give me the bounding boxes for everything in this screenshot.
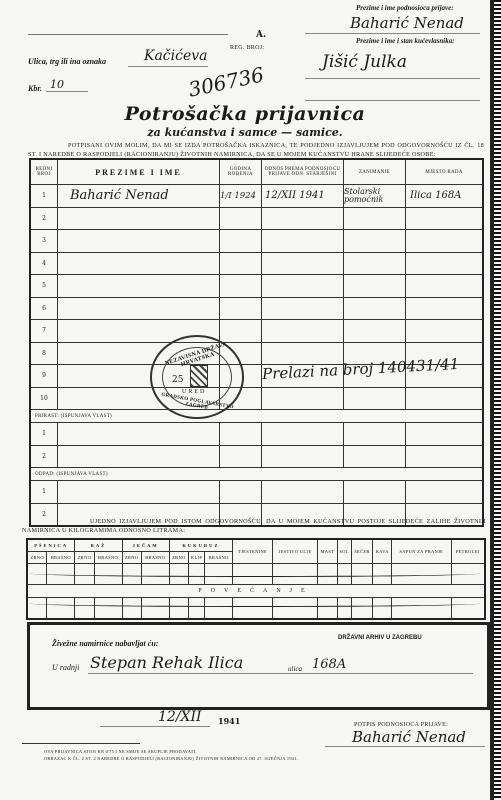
persons-table: Redni broj Prezime i ime Godina rođenja …	[29, 158, 484, 527]
col-header-relation: Odnos prema podnosiocu prijave odn. star…	[262, 159, 344, 185]
applicant-line	[305, 33, 480, 34]
row-no: 1	[30, 185, 58, 208]
person-birth: 1/I 1924	[220, 185, 262, 208]
sub-brasno: Brašno	[205, 552, 233, 564]
house-no-line	[46, 91, 88, 92]
row-no: 10	[30, 387, 58, 410]
street-label: Ulica, trg ili ina oznaka	[28, 57, 106, 66]
date-line	[100, 726, 210, 727]
col-header-birth: Godina rođenja	[220, 159, 262, 185]
signature-value: Baharić Nenad	[352, 728, 466, 746]
date-value: 12/XII	[158, 709, 202, 725]
householder-line	[305, 78, 480, 79]
footer-rule	[22, 743, 140, 744]
sub-zrno: Zrno	[169, 552, 188, 564]
street-value: 168A	[312, 657, 346, 672]
archive-stamp: DRŽAVNI ARHIV U ZAGREBU	[338, 635, 422, 641]
table-row: 5	[30, 275, 483, 298]
increase-section: Povećanje	[27, 585, 485, 598]
sub-brasno: Brašno	[141, 552, 169, 564]
form-letter: A.	[256, 30, 266, 40]
top-rule	[28, 34, 228, 35]
sub-brasno: Brašno	[47, 552, 75, 564]
person-name: Baharić Nenad	[58, 185, 220, 208]
house-no-label: Kbr.	[28, 84, 42, 93]
applicant-label: Prezime i ime podnosioca prijave:	[356, 4, 454, 12]
table-row: 10	[30, 387, 483, 410]
col-psenica: Pšenica	[27, 539, 75, 552]
supply-label: Živežne namirnice nabavljat ću:	[52, 639, 158, 648]
official-stamp: Nezavisna Država Hrvatska 25 Ured Gradsk…	[150, 335, 244, 419]
shop-value: Stepan Rehak Ilica	[90, 653, 243, 672]
stamp-office: Ured	[182, 389, 206, 395]
row-no: 7	[30, 320, 58, 343]
sub-brasno: Brašno	[94, 552, 122, 564]
street-value: Kačićeva	[144, 48, 208, 64]
scan-edge	[490, 0, 501, 800]
row-no: 1	[30, 481, 58, 504]
odpad-section: Odpad: (ispunjava vlast)	[30, 468, 483, 481]
stock-table: Pšenica Raž Ječam Kukuruz Tjestenine Jes…	[26, 538, 486, 620]
row-no: 8	[30, 342, 58, 365]
odpad-label: Odpad: (ispunjava vlast)	[30, 468, 483, 481]
increase-label: Povećanje	[27, 585, 485, 598]
strike-line	[30, 600, 480, 607]
sub-zrno: Zrno	[27, 552, 47, 564]
shop-line	[88, 673, 473, 674]
col-header-name: Prezime i ime	[58, 159, 220, 185]
form-title: Potrošačka prijavnica	[0, 103, 490, 125]
col-header-no: Redni broj	[30, 159, 58, 185]
row-no: 6	[30, 297, 58, 320]
col-header-workplace: Mjesto rada	[406, 159, 484, 185]
row-no: 2	[30, 207, 58, 230]
coat-of-arms-icon	[190, 365, 208, 387]
row-no: 2	[30, 445, 58, 468]
house-no-value: 10	[50, 78, 64, 91]
col-kukuruz: Kukuruz	[169, 539, 232, 552]
sub-klip: Klip	[188, 552, 204, 564]
row-no: 3	[30, 230, 58, 253]
row-no: 1	[30, 423, 58, 446]
regulation-note: Obrazac k čl. 2 st. 2 naredbe o raspodje…	[44, 756, 298, 761]
table-row: 6	[30, 297, 483, 320]
col-mast: Mast	[318, 539, 338, 564]
reg-number-handwritten: 306736	[186, 62, 266, 101]
col-secer: Šećer	[351, 539, 373, 564]
table-row: 3	[30, 230, 483, 253]
table-row: 1	[30, 481, 483, 504]
shop-label: U radnji	[52, 663, 79, 672]
person-workplace: Ilica 168A	[406, 185, 484, 208]
col-jecam: Ječam	[122, 539, 169, 552]
reg-broj-label: REG. BROJ:	[230, 45, 264, 51]
person-occupation: Stolarski pomoćnik	[344, 185, 406, 208]
col-tjestenine: Tjestenine	[233, 539, 273, 564]
householder-line-2	[305, 100, 480, 101]
supply-box: Živežne namirnice nabavljat ću: DRŽAVNI …	[27, 622, 490, 710]
document-page: A. REG. BROJ: Ulica, trg ili ina oznaka …	[0, 0, 490, 800]
stock-text: Ujedno izjavljujem pod istom odgovornošć…	[22, 517, 486, 535]
signature-line	[325, 746, 485, 747]
year-value: 1941	[218, 716, 240, 726]
prirast-section: Prirast: (ispunjava vlast)	[30, 410, 483, 423]
applicant-value: Baharić Nenad	[350, 14, 464, 32]
prirast-label: Prirast: (ispunjava vlast)	[30, 410, 483, 423]
householder-value: Jišić Julka	[322, 52, 407, 72]
person-relation: 12/XII 1941	[262, 185, 344, 208]
table-row: 7	[30, 320, 483, 343]
table-row: 1 Baharić Nenad 1/I 1924 12/XII 1941 Sto…	[30, 185, 483, 208]
col-kava: Kava	[373, 539, 392, 564]
stamp-date: 25	[172, 375, 183, 385]
row-no: 9	[30, 365, 58, 388]
intro-text: Potpisani ovim molim, da mi se izda potr…	[28, 141, 484, 159]
col-header-occupation: Zanimanje	[344, 159, 406, 185]
table-row: 1	[30, 423, 483, 446]
col-sol: Sol	[337, 539, 351, 564]
strike-line	[30, 570, 480, 577]
street-label: ulica	[288, 665, 302, 673]
sub-zrno: Zrno	[75, 552, 94, 564]
price-note: Ova prijavnica stoji kn 0'75 i ne smije …	[44, 749, 197, 754]
col-raz: Raž	[75, 539, 122, 552]
street-line	[128, 66, 208, 67]
col-sapun: Sapun za pranje	[392, 539, 451, 564]
table-row: 2	[30, 445, 483, 468]
row-no: 5	[30, 275, 58, 298]
householder-label: Prezime i ime i stan kućevlasnika:	[356, 37, 455, 45]
row-no: 4	[30, 252, 58, 275]
col-petrolej: Petrolej	[451, 539, 485, 564]
table-row: 2	[30, 207, 483, 230]
sub-zrno: Zrno	[122, 552, 141, 564]
col-ulje: Jestivo ulje	[272, 539, 317, 564]
table-row: 4	[30, 252, 483, 275]
form-subtitle: za kućanstva i samce — samice.	[0, 126, 490, 139]
